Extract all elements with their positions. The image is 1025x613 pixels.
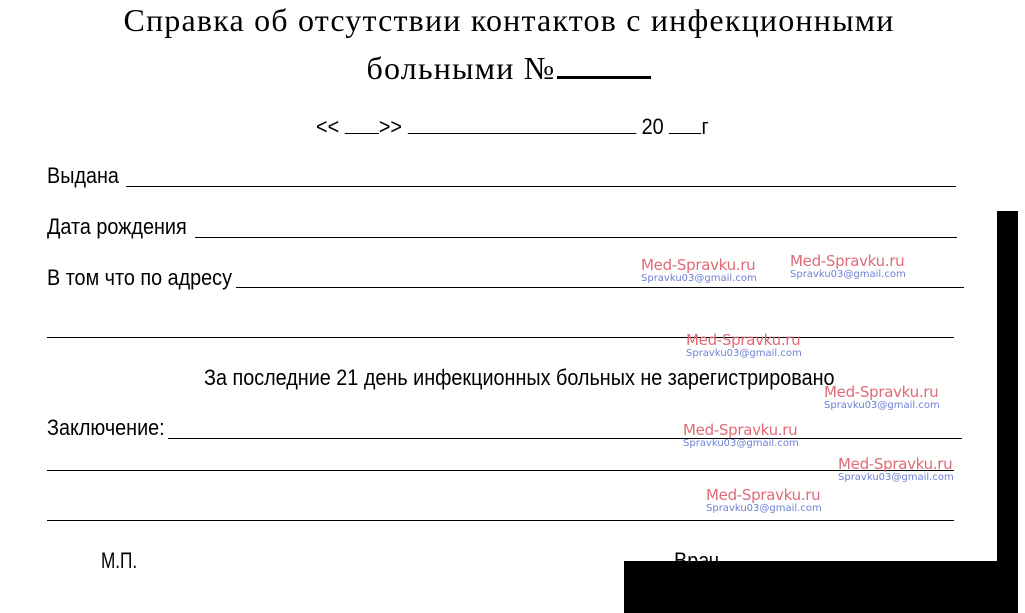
document-title: Справка об отсутствии контактов с инфекц… bbox=[0, 2, 1018, 39]
year-blank[interactable] bbox=[669, 113, 701, 134]
redaction-block-bottom bbox=[624, 561, 1018, 613]
year-suffix: г bbox=[702, 114, 709, 139]
birth-date-label: Дата рождения bbox=[47, 214, 187, 240]
document-title-line2: больными № bbox=[367, 50, 556, 86]
redaction-block-right bbox=[997, 211, 1018, 561]
birth-date-line[interactable] bbox=[195, 237, 957, 238]
statement-text: За последние 21 день инфекционных больны… bbox=[204, 365, 835, 391]
watermark: Med-Spravku.ru Spravku03@gmail.com bbox=[683, 423, 799, 449]
day-blank[interactable] bbox=[345, 113, 379, 134]
watermark: Med-Spravku.ru Spravku03@gmail.com bbox=[790, 254, 906, 280]
close-quotes: >> bbox=[379, 114, 402, 139]
certificate-number-blank[interactable] bbox=[557, 52, 651, 79]
issued-to-label: Выдана bbox=[47, 163, 119, 189]
watermark: Med-Spravku.ru Spravku03@gmail.com bbox=[706, 488, 822, 514]
conclusion-line[interactable] bbox=[168, 438, 962, 439]
address-line-2[interactable] bbox=[47, 337, 954, 338]
year-prefix: 20 bbox=[642, 114, 664, 139]
date-row: << >> 20 г bbox=[316, 113, 709, 140]
conclusion-label: Заключение: bbox=[47, 415, 165, 441]
watermark: Med-Spravku.ru Spravku03@gmail.com bbox=[641, 258, 757, 284]
conclusion-line-3[interactable] bbox=[47, 520, 954, 521]
document-title-number: больными № bbox=[0, 50, 1018, 87]
watermark: Med-Spravku.ru Spravku03@gmail.com bbox=[824, 385, 940, 411]
watermark: Med-Spravku.ru Spravku03@gmail.com bbox=[838, 457, 954, 483]
address-line[interactable] bbox=[236, 287, 964, 288]
issued-to-line[interactable] bbox=[126, 186, 956, 187]
stamp-label: М.П. bbox=[101, 548, 137, 574]
address-label: В том что по адресу bbox=[47, 265, 232, 291]
watermark: Med-Spravku.ru Spravku03@gmail.com bbox=[686, 333, 802, 359]
open-quotes: << bbox=[316, 114, 339, 139]
month-blank[interactable] bbox=[407, 113, 636, 134]
conclusion-line-2[interactable] bbox=[47, 470, 954, 471]
